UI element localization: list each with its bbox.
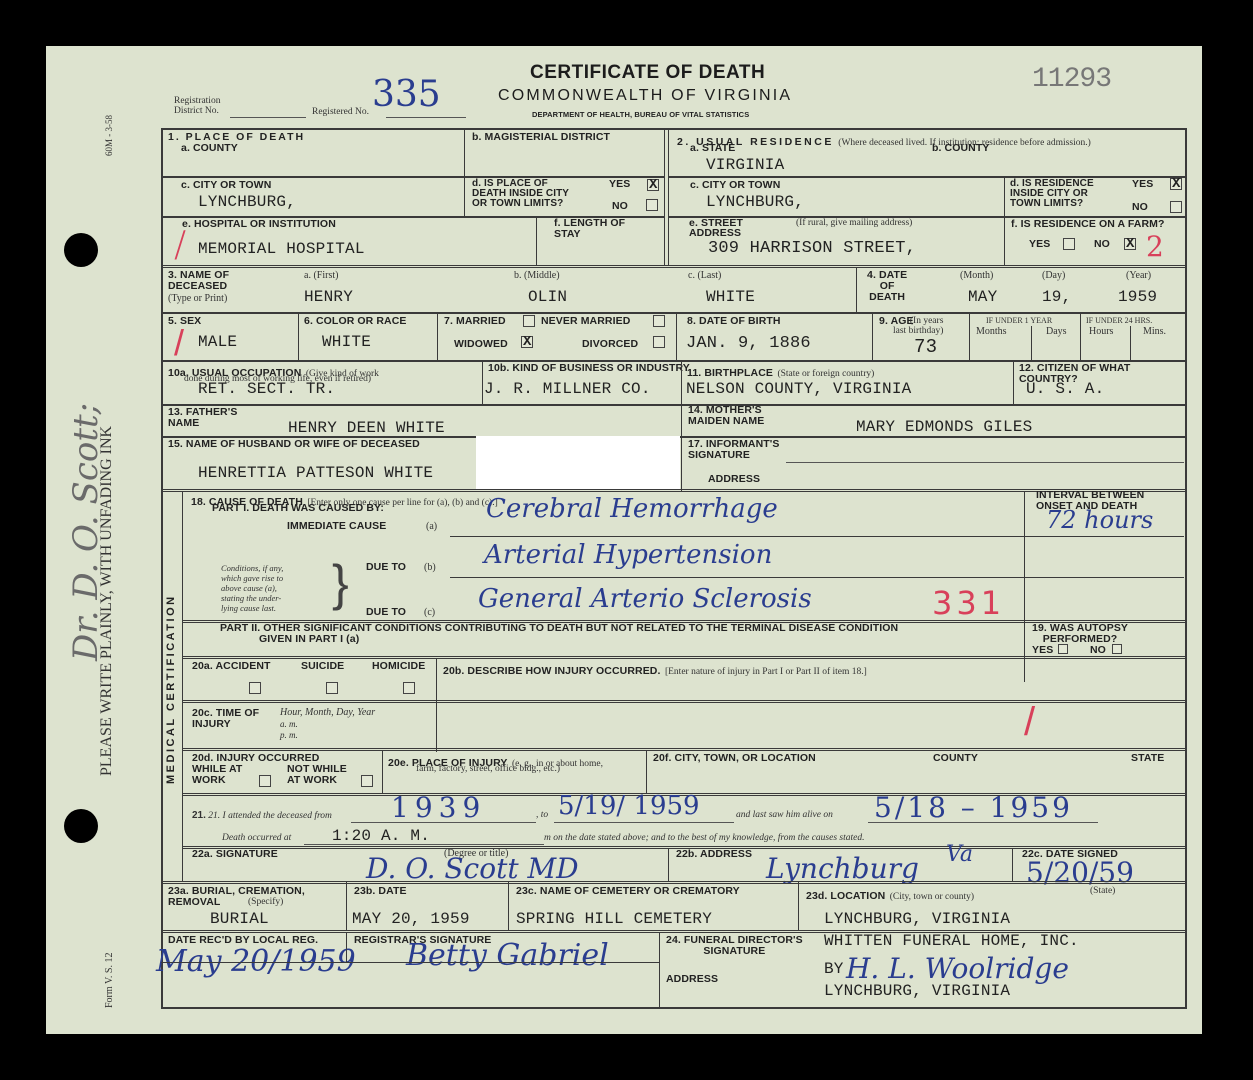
occurred-label: Death occurred at [222, 833, 291, 843]
not-while-at-work-label: NOT WHILE AT WORK [287, 764, 347, 786]
mins-label: Mins. [1143, 326, 1166, 337]
widowed-label: WIDOWED [454, 339, 508, 350]
certificate-subtitle: COMMONWEALTH OF VIRGINIA [498, 87, 792, 105]
street-value: 309 HARRISON STREET, [708, 239, 916, 258]
last-seen-value: 5/18 – 1959 [874, 791, 1073, 824]
while-at-work-label: WHILE AT WORK [192, 764, 242, 786]
residence-inside-yes-checkbox[interactable] [1170, 178, 1182, 190]
due-to-c-value: General Arterio Sclerosis [478, 584, 812, 614]
residence-city-label: c. CITY OR TOWN [690, 180, 780, 191]
accident-label: 20a. ACCIDENT [192, 661, 271, 672]
suicide-label: SUICIDE [301, 661, 344, 672]
red-mark: 2 [1146, 230, 1164, 263]
burial-date-label: 23b. DATE [354, 886, 407, 897]
red-tick-mark: / [1024, 700, 1035, 745]
interval-value: 72 hours [1046, 506, 1153, 534]
date-signed-value: 5/20/59 [1026, 856, 1134, 889]
injury-state-label: STATE [1131, 753, 1164, 764]
inside-yes-checkbox[interactable] [647, 179, 659, 191]
red-tick-mark: / [174, 322, 184, 364]
father-label: 13. FATHER'S NAME [168, 407, 237, 429]
name-label: 3. NAME OF DECEASED [168, 270, 229, 292]
birthplace-value: NELSON COUNTY, VIRGINIA [686, 380, 911, 398]
informant-label: 17. INFORMANT'S SIGNATURE [688, 439, 780, 461]
inside-no-checkbox[interactable] [646, 199, 658, 211]
red-code: 331 [932, 584, 1005, 622]
residence-city-value: LYNCHBURG, [706, 193, 804, 211]
funeral-director-label: 24. FUNERAL DIRECTOR'S SIGNATURE [666, 935, 803, 957]
inside-yes-label: YES [609, 179, 630, 190]
due-to-c-label: DUE TO [366, 607, 406, 618]
cemetery-value: SPRING HILL CEMETERY [516, 910, 712, 928]
due-to-b-value: Arterial Hypertension [484, 540, 772, 570]
months-label: Months [976, 326, 1007, 337]
burial-state-label: (State) [1090, 886, 1115, 896]
married-checkbox[interactable] [523, 315, 535, 327]
cemetery-label: 23c. NAME OF CEMETERY OR CREMATORY [516, 886, 740, 897]
burial-method-label: 23a. BURIAL, CREMATION, REMOVAL [168, 886, 305, 908]
date-of-death-label: 4. DATE OF DEATH [867, 270, 907, 303]
farm-label: f. IS RESIDENCE ON A FARM? [1011, 219, 1165, 230]
day-value: 19, [1042, 288, 1071, 306]
physician-address-label: 22b. ADDRESS [676, 849, 752, 860]
farm-no-label: NO [1094, 239, 1110, 250]
signature-label: 22a. SIGNATURE [192, 849, 278, 860]
attended-to-value: 5/19/ 1959 [558, 791, 700, 821]
month-label: (Month) [960, 270, 993, 281]
residence-county-label: b. COUNTY [932, 143, 989, 154]
funeral-address-value: LYNCHBURG, VIRGINIA [824, 982, 1010, 1000]
middle-name-label: b. (Middle) [514, 270, 560, 281]
first-name-label: a. (First) [304, 270, 338, 281]
funeral-address-label: ADDRESS [666, 974, 718, 985]
while-at-work-checkbox[interactable] [259, 775, 271, 787]
month-value: MAY [968, 288, 997, 306]
city-label: c. CITY OR TOWN [181, 180, 271, 191]
city-value: LYNCHBURG, [198, 193, 296, 211]
inside-no-label: NO [612, 201, 628, 212]
immediate-cause-value: Cerebral Hemorrhage [486, 494, 778, 524]
red-tick-mark: / [174, 224, 186, 265]
first-name-value: HENRY [304, 288, 353, 306]
under-year-label: IF UNDER 1 YEAR [986, 316, 1052, 325]
redacted-area [476, 436, 680, 490]
under-day-label: IF UNDER 24 HRS. [1086, 316, 1152, 325]
form-name: Form V. S. 12 [104, 953, 115, 1008]
hours-label: Hours [1089, 326, 1113, 337]
autopsy-yes-label: YES [1032, 645, 1053, 656]
physician-address-state: Va [946, 842, 973, 867]
department-line: DEPARTMENT OF HEALTH, BUREAU OF VITAL ST… [532, 109, 749, 120]
occurred-suffix: m on the date stated above; and to the b… [544, 833, 864, 843]
location-heading: 23d. LOCATION (City, town or county) [806, 886, 974, 904]
dob-value: JAN. 9, 1886 [686, 334, 811, 353]
medical-certification-label: MEDICAL CERTIFICATION [166, 594, 177, 784]
never-married-label: NEVER MARRIED [541, 316, 630, 327]
spouse-value: HENRETTIA PATTESON WHITE [198, 464, 433, 482]
informant-address-label: ADDRESS [708, 474, 760, 485]
middle-name-value: OLIN [528, 288, 567, 306]
part1-label: PART I. DEATH WAS CAUSED BY: [212, 503, 384, 514]
spouse-label: 15. NAME OF HUSBAND OR WIFE OF DECEASED [168, 439, 420, 450]
birthplace-heading: 11. BIRTHPLACE (State or foreign country… [687, 363, 874, 381]
hospital-label: e. HOSPITAL OR INSTITUTION [182, 219, 336, 230]
accident-checkbox[interactable] [249, 682, 261, 694]
farm-yes-label: YES [1029, 239, 1050, 250]
sex-label: 5. SEX [168, 316, 201, 327]
time-note: Hour, Month, Day, Year [280, 707, 375, 718]
pencil-note: Dr. D. O. Scott; [66, 403, 106, 661]
street-note: (If rural, give mailing address) [796, 218, 912, 228]
part2-label-2: GIVEN IN PART I (a) [259, 634, 359, 645]
last-name-value: WHITE [706, 288, 755, 306]
certificate-title: CERTIFICATE OF DEATH [530, 62, 765, 84]
race-value: WHITE [322, 333, 371, 351]
divorced-label: DIVORCED [582, 339, 638, 350]
last-name-label: c. (Last) [688, 270, 721, 281]
not-while-at-work-checkbox[interactable] [361, 775, 373, 787]
form-code: 60M - 3-58 [104, 115, 114, 156]
conditions-note: Conditions, if any, which gave rise to a… [221, 563, 283, 613]
certificate-number: 11293 [1032, 64, 1111, 95]
days-label: Days [1046, 326, 1067, 337]
death-certificate: PLEASE WRITE PLAINLY, WITH UNFADING INK … [46, 46, 1202, 1034]
funeral-director-signature: H. L. Woolridge [846, 952, 1069, 985]
mother-label: 14. MOTHER'S MAIDEN NAME [688, 405, 764, 427]
last-seen-label: and last saw him alive on [736, 810, 833, 820]
farm-yes-checkbox[interactable] [1063, 238, 1075, 250]
year-label: (Year) [1126, 270, 1151, 281]
place-note: farm, factory, street, office bldg., etc… [416, 764, 560, 774]
father-value: HENRY DEEN WHITE [288, 419, 445, 437]
punch-hole [64, 809, 98, 843]
attended-label: 21. 21. I attended the deceased from [192, 810, 332, 821]
injury-county-label: COUNTY [933, 753, 978, 764]
registered-no-value: 335 [372, 74, 441, 115]
punch-hole [64, 233, 98, 267]
occupation-value: RET. SECT. TR. [198, 380, 335, 398]
day-label: (Day) [1042, 270, 1065, 281]
hospital-value: MEMORIAL HOSPITAL [198, 240, 365, 258]
autopsy-no-checkbox[interactable] [1112, 644, 1122, 654]
due-to-b-label: DUE TO [366, 562, 406, 573]
occurred-value: 1:20 A. M. [332, 827, 430, 845]
married-label: 7. MARRIED [444, 316, 506, 327]
sex-value: MALE [198, 333, 237, 351]
divorced-checkbox[interactable] [653, 336, 665, 348]
homicide-label: HOMICIDE [372, 661, 425, 672]
residence-inside-label: d. IS RESIDENCE INSIDE CITY OR TOWN LIMI… [1010, 179, 1094, 209]
registrar-signature: Betty Gabriel [406, 938, 609, 973]
widowed-checkbox[interactable] [521, 336, 533, 348]
race-label: 6. COLOR OR RACE [304, 316, 407, 327]
magisterial-label: b. MAGISTERIAL DISTRICT [472, 132, 610, 143]
burial-location-value: LYNCHBURG, VIRGINIA [824, 910, 1010, 928]
homicide-checkbox[interactable] [403, 682, 415, 694]
residence-state-label: a. STATE [690, 143, 735, 154]
name-note: (Type or Print) [168, 293, 227, 304]
residence-inside-no-checkbox[interactable] [1170, 201, 1182, 213]
street-label: e. STREET ADDRESS [689, 218, 743, 238]
never-married-checkbox[interactable] [653, 315, 665, 327]
autopsy-label: 19. WAS AUTOPSY PERFORMED? [1032, 623, 1128, 645]
mother-value: MARY EDMONDS GILES [856, 418, 1032, 436]
residence-inside-no-label: NO [1132, 202, 1148, 213]
time-of-injury-label: 20c. TIME OF INJURY [192, 708, 259, 730]
funeral-home-value: WHITTEN FUNERAL HOME, INC. [824, 932, 1079, 950]
suicide-checkbox[interactable] [326, 682, 338, 694]
dob-label: 8. DATE OF BIRTH [687, 316, 781, 327]
farm-no-checkbox[interactable] [1124, 238, 1136, 250]
burial-method-value: BURIAL [210, 910, 269, 928]
age-value: 73 [914, 336, 937, 358]
registration-district-label: Registration District No. [174, 96, 220, 116]
describe-heading: 20b. DESCRIBE HOW INJURY OCCURRED. [Ente… [443, 661, 867, 679]
registered-no-label: Registered No. [312, 107, 369, 117]
injury-city-label: 20f. CITY, TOWN, OR LOCATION [653, 753, 816, 764]
business-value: J. R. MILLNER CO. [484, 380, 651, 398]
by-label: BY [824, 960, 844, 978]
citizen-value: U. S. A. [1026, 380, 1104, 398]
length-of-stay-label: f. LENGTH OF STAY [554, 218, 625, 240]
autopsy-no-label: NO [1090, 645, 1106, 656]
usual-residence-heading: 2. USUAL RESIDENCE (Where deceased lived… [677, 132, 1091, 150]
attended-from-value: 1939 [391, 791, 486, 824]
brace: } [332, 558, 349, 608]
inside-limits-label: d. IS PLACE OF DEATH INSIDE CITY OR TOWN… [472, 179, 569, 209]
residence-inside-yes-label: YES [1132, 179, 1153, 190]
year-value: 1959 [1118, 288, 1157, 306]
business-label: 10b. KIND OF BUSINESS OR INDUSTRY [488, 363, 690, 374]
residence-state-value: VIRGINIA [706, 156, 784, 174]
county-label: a. COUNTY [181, 143, 238, 154]
age-note: (In years last birthday) [893, 316, 943, 336]
burial-date-value: MAY 20, 1959 [352, 910, 470, 928]
immediate-cause-label: IMMEDIATE CAUSE [287, 521, 386, 532]
autopsy-yes-checkbox[interactable] [1058, 644, 1068, 654]
